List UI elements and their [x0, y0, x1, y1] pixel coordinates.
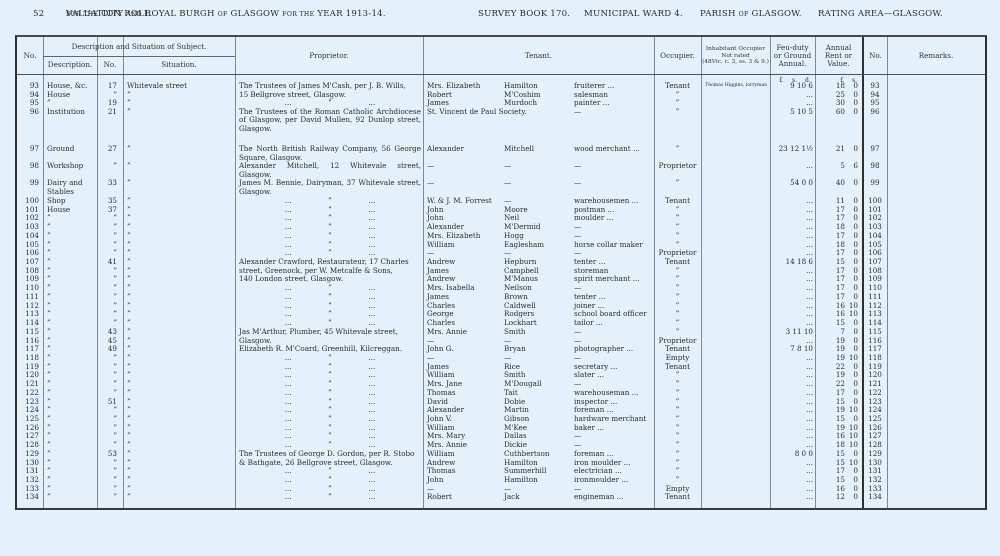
- rent-shillings-cell: 6: [846, 162, 858, 171]
- rent-pounds-cell: 40: [817, 179, 845, 188]
- situation-cell: ”: [127, 284, 232, 293]
- description-cell: ”: [47, 485, 97, 494]
- description-cell: ”: [47, 337, 97, 346]
- situation-cell: ”: [127, 162, 232, 171]
- description-cell: ”: [47, 398, 97, 407]
- tenant-surname-cell: Hamilton: [504, 476, 574, 485]
- tenant-trade-cell: baker ...: [574, 424, 654, 433]
- header-feu-duty: Feu-duty or Ground Annual.: [770, 39, 815, 73]
- tenant-trade-cell: ironmoulder ...: [574, 476, 654, 485]
- description-cell: ”: [47, 380, 97, 389]
- description-cell: ”: [47, 328, 97, 337]
- subject-number-cell: 33: [99, 179, 117, 188]
- description-cell: ”: [47, 371, 97, 380]
- occupier-cell: ”: [654, 179, 701, 188]
- situation-cell: ”: [127, 354, 232, 363]
- description-cell: ”: [47, 415, 97, 424]
- roll-title: VALUATION ROLL FOR THE CITY AND ROYAL BU…: [66, 9, 386, 19]
- header-occupier: Occupier.: [654, 37, 701, 74]
- tenant-surname-cell: Jack: [504, 493, 574, 502]
- row-number: 96: [19, 108, 39, 117]
- description-cell: ”: [47, 389, 97, 398]
- description-cell: ”: [47, 214, 97, 223]
- situation-cell: ”: [127, 232, 232, 241]
- header-subject: Description and Situation of Subject.: [43, 37, 235, 56]
- proprietor-cell: The North British Railway Company, 56 Ge…: [239, 145, 421, 162]
- tenant-surname-cell: Bryan: [504, 345, 574, 354]
- description-cell: ”: [47, 302, 97, 311]
- description-cell: ”: [47, 319, 97, 328]
- situation-cell: ”: [127, 145, 232, 154]
- proprietor-cell: The Trustees of the Roman Catholic Archd…: [239, 108, 421, 134]
- municipal-ward: MUNICIPAL WARD 4.: [584, 9, 683, 19]
- tenant-trade-cell: —: [574, 432, 654, 441]
- description-cell: ”: [47, 459, 97, 468]
- row-number-right: 97: [865, 145, 885, 154]
- situation-cell: ”: [127, 91, 232, 100]
- header-no-right: No.: [864, 37, 887, 74]
- subject-number-cell: 21: [99, 108, 117, 117]
- rating-area: RATING AREA—GLASGOW.: [818, 9, 943, 19]
- tenant-first-name-cell: John: [427, 476, 507, 485]
- tenant-trade-cell: wood merchant ...: [574, 145, 654, 154]
- situation-cell: ”: [127, 179, 232, 188]
- situation-cell: ”: [127, 258, 232, 267]
- description-cell: Institution: [47, 108, 97, 117]
- situation-cell: ”: [127, 267, 232, 276]
- situation-cell: ”: [127, 293, 232, 302]
- situation-cell: ”: [127, 476, 232, 485]
- tenant-trade-cell: painter ...: [574, 99, 654, 108]
- row-number-right: 98: [865, 162, 885, 171]
- tenant-trade-cell: engineman ...: [574, 493, 654, 502]
- tenant-surname-cell: Smith: [504, 328, 574, 337]
- tenant-trade-cell: —: [574, 328, 654, 337]
- header-proprietor: Proprietor.: [235, 37, 423, 74]
- situation-cell: ”: [127, 310, 232, 319]
- description-cell: ”: [47, 493, 97, 502]
- tenant-first-name-cell: John G.: [427, 345, 507, 354]
- occupier-cell: ”: [654, 108, 701, 117]
- situation-cell: ”: [127, 467, 232, 476]
- tenant-trade-cell: moulder ...: [574, 214, 654, 223]
- header-tenant: Tenant.: [423, 37, 654, 74]
- survey-book: SURVEY BOOK 170.: [478, 9, 570, 19]
- description-cell: Dairy and Stables: [47, 179, 97, 196]
- description-cell: ”: [47, 310, 97, 319]
- feu-duty-cell: 5 10 5: [770, 108, 813, 117]
- tenant-first-name-cell: Robert: [427, 493, 507, 502]
- description-cell: ”: [47, 241, 97, 250]
- tenant-surname-cell: Mitchell: [504, 145, 574, 154]
- occupier-cell: Proprietor: [654, 162, 701, 171]
- situation-cell: ”: [127, 345, 232, 354]
- situation-cell: ”: [127, 424, 232, 433]
- description-cell: House: [47, 206, 97, 215]
- situation-cell: ”: [127, 415, 232, 424]
- feu-duty-cell: ...: [770, 162, 813, 171]
- rent-shillings-cell: 0: [846, 108, 858, 117]
- description-cell: ”: [47, 476, 97, 485]
- parish: PARISH OF GLASGOW.: [700, 9, 802, 19]
- situation-cell: ”: [127, 363, 232, 372]
- situation-cell: ”: [127, 197, 232, 206]
- tenant-surname-cell: —: [504, 162, 574, 171]
- situation-cell: ”: [127, 380, 232, 389]
- description-cell: ”: [47, 345, 97, 354]
- description-cell: ”: [47, 406, 97, 415]
- rent-pounds-cell: 60: [817, 108, 845, 117]
- tenant-trade-cell: —: [574, 179, 654, 188]
- row-number: 134: [19, 493, 39, 502]
- situation-cell: ”: [127, 371, 232, 380]
- feu-duty-cell: ...: [770, 493, 813, 502]
- description-cell: ”: [47, 232, 97, 241]
- tenant-trade-cell: —: [574, 108, 654, 117]
- situation-cell: ”: [127, 206, 232, 215]
- tenant-surname-cell: Eaglesham: [504, 241, 574, 250]
- row-number: 97: [19, 145, 39, 154]
- situation-cell: ”: [127, 214, 232, 223]
- header-description: Description.: [43, 56, 97, 74]
- description-cell: ”: [47, 284, 97, 293]
- subject-number-cell: ”: [99, 493, 117, 502]
- description-cell: ”: [47, 293, 97, 302]
- tenant-trade-cell: —: [574, 223, 654, 232]
- row-number: 99: [19, 179, 39, 188]
- description-cell: ”: [47, 467, 97, 476]
- situation-cell: ”: [127, 337, 232, 346]
- description-cell: ”: [47, 249, 97, 258]
- situation-cell: ”: [127, 99, 232, 108]
- header-inhabitant-occupier: Inhabitant Occupier Not rated (48Vic. c.…: [701, 40, 770, 72]
- description-cell: ”: [47, 432, 97, 441]
- description-cell: Ground: [47, 145, 97, 154]
- row-number-right: 134: [865, 493, 885, 502]
- situation-cell: ”: [127, 241, 232, 250]
- description-cell: ”: [47, 363, 97, 372]
- tenant-first-name-cell: Mrs. Annie: [427, 328, 507, 337]
- description-cell: ”: [47, 424, 97, 433]
- tenant-trade-cell: horse collar maker: [574, 241, 654, 250]
- situation-cell: ”: [127, 485, 232, 494]
- tenant-first-name-cell: William: [427, 241, 507, 250]
- description-cell: ”: [47, 258, 97, 267]
- row-number: 98: [19, 162, 39, 171]
- rent-pounds-cell: 21: [817, 145, 845, 154]
- rent-shillings-cell: 0: [846, 493, 858, 502]
- feu-duty-cell: 23 12 1½: [770, 145, 813, 154]
- header-subject-no: No.: [97, 56, 123, 74]
- situation-cell: ”: [127, 249, 232, 258]
- page-number: 52: [33, 9, 44, 19]
- tenant-trade-cell: tailor ...: [574, 319, 654, 328]
- occupier-cell: Tenant: [654, 493, 701, 502]
- header-remarks: Remarks.: [887, 37, 985, 74]
- situation-cell: ”: [127, 432, 232, 441]
- situation-cell: ”: [127, 319, 232, 328]
- tenant-trade-cell: —: [574, 162, 654, 171]
- tenant-surname-cell: —: [504, 179, 574, 188]
- rent-shillings-cell: 0: [846, 145, 858, 154]
- rent-pounds-cell: 5: [817, 162, 845, 171]
- subject-number-cell: ”: [99, 162, 117, 171]
- row-number-right: 99: [865, 179, 885, 188]
- tenant-first-name-cell: Alexander: [427, 145, 507, 154]
- situation-cell: ”: [127, 302, 232, 311]
- situation-cell: ”: [127, 275, 232, 284]
- situation-cell: ”: [127, 389, 232, 398]
- header-no: No.: [17, 37, 43, 74]
- header-situation: Situation.: [123, 56, 235, 74]
- proprietor-cell: ... ” ...: [239, 493, 421, 502]
- description-cell: House: [47, 91, 97, 100]
- valuation-roll-table: No. Description and Situation of Subject…: [15, 35, 987, 510]
- situation-cell: ”: [127, 108, 232, 117]
- situation-cell: ”: [127, 493, 232, 502]
- tenant-trade-cell: spirit merchant ...: [574, 275, 654, 284]
- proprietor-cell: Alexander Mitchell, 12 Whitevale street,…: [239, 162, 421, 179]
- description-cell: Workshop: [47, 162, 97, 171]
- tenant-first-name-cell: —: [427, 179, 507, 188]
- rent-pounds-cell: 12: [817, 493, 845, 502]
- situation-cell: ”: [127, 406, 232, 415]
- tenant-trade-cell: slater ...: [574, 371, 654, 380]
- situation-cell: ”: [127, 459, 232, 468]
- header-annual-rent: Annual Rent or Value.: [815, 39, 862, 73]
- description-cell: ”: [47, 223, 97, 232]
- page-header: 52 VALUATION ROLL FOR THE CITY AND ROYAL…: [0, 9, 1000, 23]
- subject-number-cell: 27: [99, 145, 117, 154]
- tenant-first-name-cell: —: [427, 162, 507, 171]
- description-cell: ”: [47, 275, 97, 284]
- proprietor-cell: James M. Bennie, Dairyman, 37 Whitevale …: [239, 179, 421, 196]
- situation-cell: ”: [127, 450, 232, 459]
- tenant-trade-cell: photographer ...: [574, 345, 654, 354]
- row-number-right: 96: [865, 108, 885, 117]
- inhabitant-occupier-cell: Thomas Higgins, lorryman: [705, 82, 769, 91]
- description-cell: ”: [47, 267, 97, 276]
- occupier-cell: ”: [654, 145, 701, 154]
- description-cell: ”: [47, 441, 97, 450]
- feu-duty-cell: 54 0 0: [770, 179, 813, 188]
- rent-shillings-cell: 0: [846, 179, 858, 188]
- situation-cell: ”: [127, 398, 232, 407]
- situation-cell: ”: [127, 223, 232, 232]
- situation-cell: ”: [127, 328, 232, 337]
- situation-cell: ”: [127, 441, 232, 450]
- situation-cell: Whitevale street: [127, 82, 232, 91]
- description-cell: ”: [47, 354, 97, 363]
- description-cell: ”: [47, 450, 97, 459]
